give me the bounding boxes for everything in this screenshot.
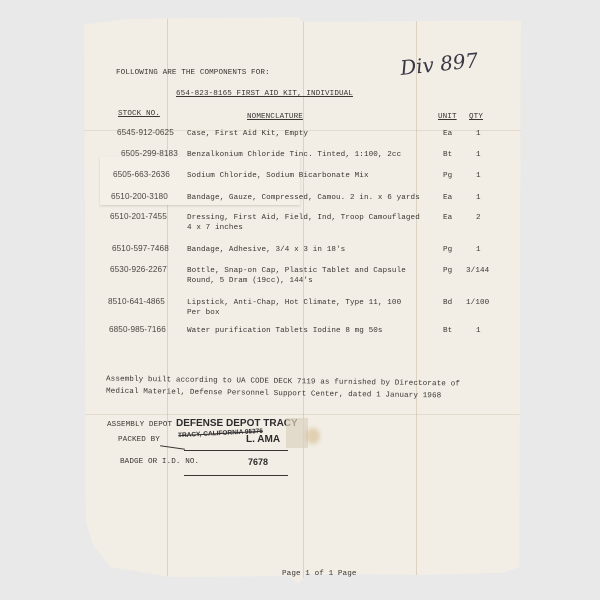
item-name-cont: 4 x 7 inches: [187, 224, 243, 232]
item-name: Water purification Tablets Iodine 8 mg 5…: [187, 327, 383, 335]
col-unit: UNIT: [438, 113, 457, 121]
item-unit: Bt: [443, 327, 452, 335]
item-qty: 1: [476, 151, 481, 159]
badge-label: BADGE OR I.D. NO.: [120, 458, 199, 466]
stock-number: 6510-201-7455: [110, 212, 167, 221]
packed-by-label: PACKED BY: [118, 436, 160, 444]
col-qty: QTY: [469, 113, 483, 121]
item-unit: Pg: [443, 246, 452, 254]
item-qty: 1: [476, 172, 481, 180]
item-unit: Pg: [443, 172, 452, 180]
page-footer: Page 1 of 1 Page: [282, 570, 357, 578]
item-name: Lipstick, Anti-Chap, Hot Climate, Type 1…: [187, 299, 401, 307]
stock-number: 6510-597-7468: [112, 244, 169, 253]
kit-line: 654-823-8165 FIRST AID KIT, INDIVIDUAL: [176, 90, 353, 98]
item-name-cont: Per box: [187, 309, 220, 317]
stock-number: 8510-641-4865: [108, 297, 165, 306]
item-qty: 1: [476, 246, 481, 254]
item-name: Sodium Chloride, Sodium Bicarbonate Mix: [187, 172, 369, 180]
item-qty: 1: [476, 130, 481, 138]
item-unit: Ea: [443, 214, 452, 222]
item-unit: Ea: [443, 194, 452, 202]
heading: FOLLOWING ARE THE COMPONENTS FOR:: [116, 69, 270, 77]
stock-number: 6505-299-8183: [121, 149, 178, 158]
item-qty: 2: [476, 214, 481, 222]
assembly-depot-label: ASSEMBLY DEPOT: [107, 421, 172, 429]
item-name-cont: Round, 5 Dram (19cc), 144's: [187, 277, 313, 285]
item-unit: Bd: [443, 299, 452, 307]
col-stock-no: STOCK NO.: [118, 110, 160, 118]
item-name: Bandage, Adhesive, 3/4 x 3 in 18's: [187, 246, 345, 254]
stamp-depot: DEFENSE DEPOT TRACY: [176, 418, 298, 429]
item-qty: 1: [476, 327, 481, 335]
stamp-packer: L. AMA: [246, 434, 280, 445]
stain: [306, 428, 320, 444]
stock-number: 6530-926-2267: [110, 265, 167, 274]
item-qty: 1/100: [466, 299, 489, 307]
stamp-badge: 7678: [248, 457, 268, 467]
stock-number: 6510-200-3180: [111, 192, 168, 201]
item-name: Dressing, First Aid, Field, Ind, Troop C…: [187, 214, 420, 222]
item-name: Bottle, Snap-on Cap, Plastic Tablet and …: [187, 267, 406, 275]
stock-number: 6545-912-0625: [117, 128, 174, 137]
stock-number: 6505-663-2636: [113, 170, 170, 179]
item-qty: 3/144: [466, 267, 489, 275]
item-name: Benzalkonium Chloride Tinc. Tinted, 1:10…: [187, 151, 401, 159]
item-unit: Bt: [443, 151, 452, 159]
item-unit: Pg: [443, 267, 452, 275]
item-name: Bandage, Gauze, Compressed, Camou. 2 in.…: [187, 194, 420, 202]
item-name: Case, First Aid Kit, Empty: [187, 130, 308, 138]
item-unit: Ea: [443, 130, 452, 138]
item-qty: 1: [476, 194, 481, 202]
tape-piece: [286, 418, 308, 448]
stock-number: 6850-985-7166: [109, 325, 166, 334]
col-nomenclature: NOMENCLATURE: [247, 113, 303, 121]
